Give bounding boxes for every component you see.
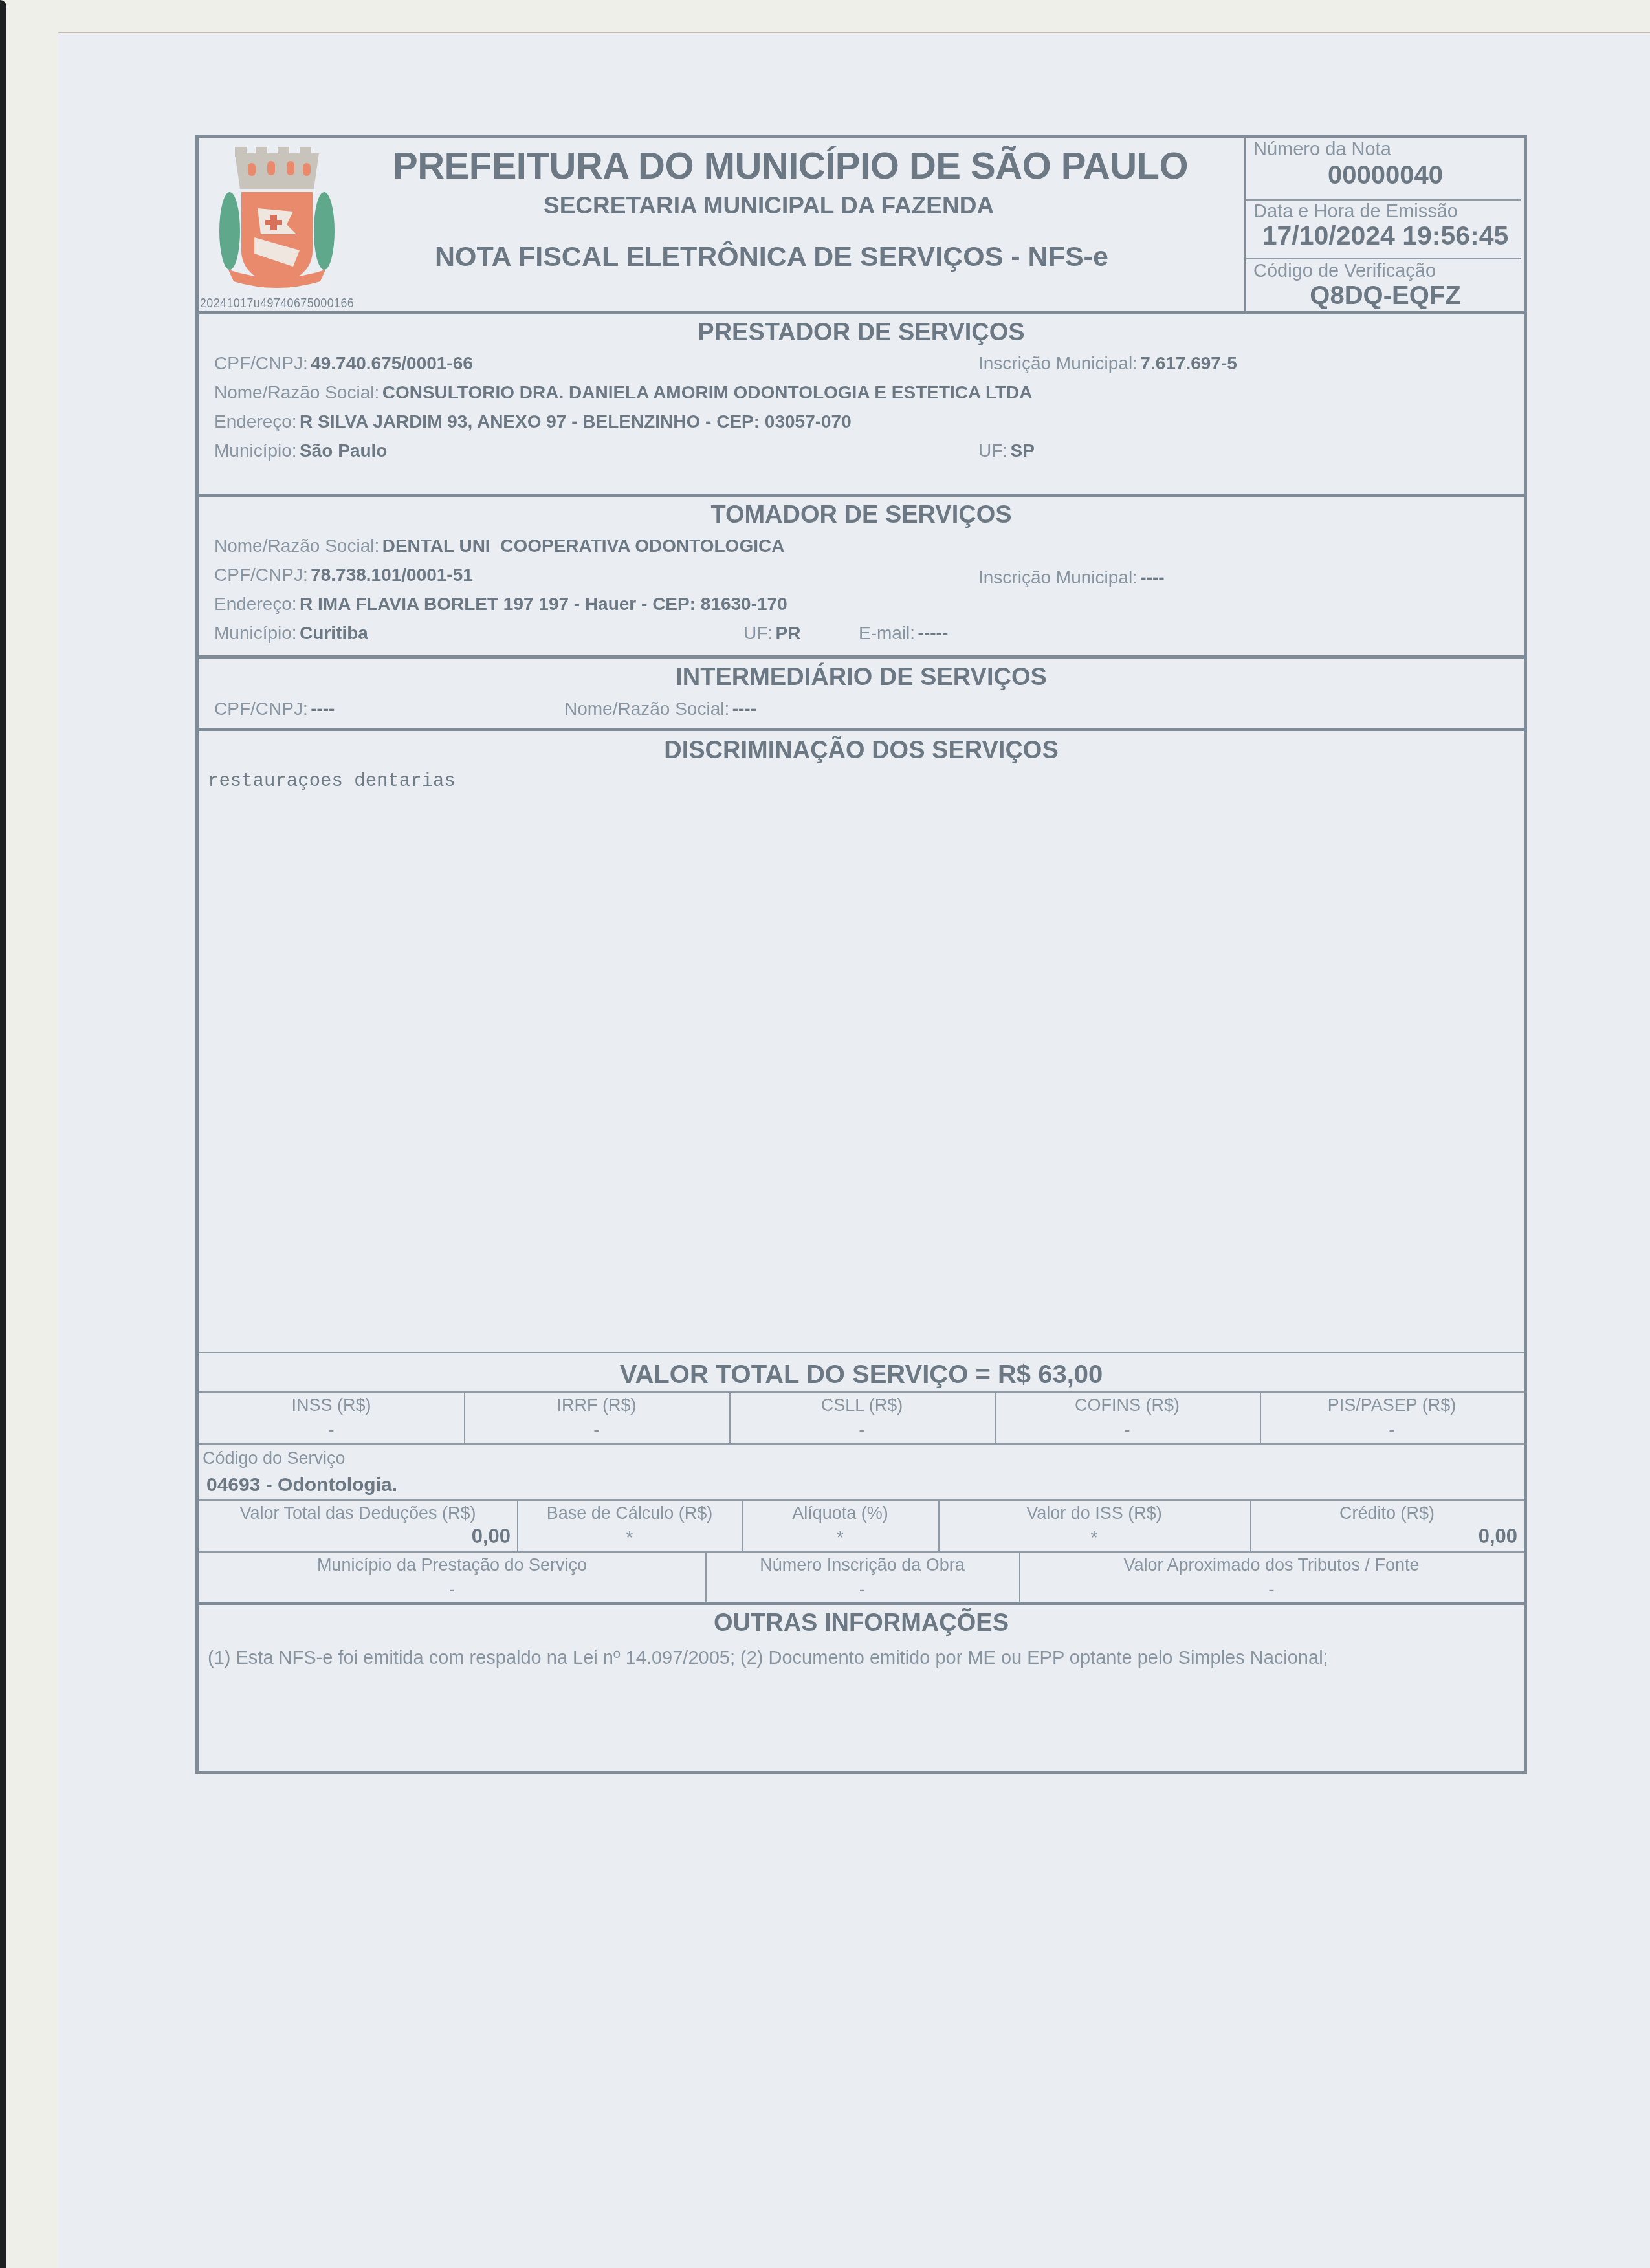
provider-city-row: Município: São Paulo [214, 441, 387, 461]
provider-address-label: Endereço: [214, 411, 297, 431]
intermediary-name: ---- [732, 699, 756, 719]
extras-value: - [705, 1579, 1019, 1600]
tributos-value: - [464, 1419, 729, 1440]
iss-value: * [517, 1527, 742, 1548]
intermediary-cnpj-label: CPF/CNPJ: [214, 699, 308, 719]
issue-datetime: 17/10/2024 19:56:45 [1246, 221, 1524, 251]
section-divider [199, 655, 1524, 659]
section-divider [199, 1443, 1524, 1445]
client-email-label: E-mail: [859, 623, 915, 643]
provider-state-row: UF: SP [978, 441, 1035, 461]
services-description-title: DISCRIMINAÇÃO DOS SERVIÇOS [199, 737, 1524, 765]
document-type-title: NOTA FISCAL ELETRÔNICA DE SERVIÇOS - NFS… [435, 241, 1108, 273]
iss-value: 0,00 [199, 1525, 517, 1548]
tributos-value: - [199, 1419, 464, 1440]
service-location-row: Município da Prestação do Serviço-Número… [199, 1553, 1524, 1602]
client-email-row: E-mail: ----- [859, 623, 948, 644]
tributos-cell: IRRF (R$)- [464, 1393, 729, 1443]
section-divider [199, 311, 1524, 314]
service-code-label: Código do Serviço [203, 1448, 346, 1468]
client-section-title: TOMADOR DE SERVIÇOS [199, 501, 1524, 529]
provider-cnpj: 49.740.675/0001-66 [311, 353, 473, 373]
iss-cell: Valor Total das Deduções (R$)0,00 [199, 1501, 517, 1551]
tributos-value: - [729, 1419, 995, 1440]
issuer-title: PREFEITURA DO MUNICÍPIO DE SÃO PAULO [393, 144, 1188, 188]
tributos-cell: COFINS (R$)- [995, 1393, 1260, 1443]
intermediary-cnpj-row: CPF/CNPJ: ---- [214, 699, 335, 719]
services-description-text: restauraçoes dentarias [208, 770, 456, 792]
client-registration-row: Inscrição Municipal: ---- [978, 567, 1165, 588]
client-city-label: Município: [214, 623, 297, 643]
iss-cell: Alíquota (%)* [742, 1501, 938, 1551]
client-cnpj-row: CPF/CNPJ: 78.738.101/0001-51 [214, 565, 473, 585]
client-cnpj-label: CPF/CNPJ: [214, 565, 308, 585]
iss-row: Valor Total das Deduções (R$)0,00Base de… [199, 1501, 1524, 1551]
tributos-cell: CSLL (R$)- [729, 1393, 995, 1443]
client-name-row: Nome/Razão Social: DENTAL UNI COOPERATIV… [214, 536, 784, 556]
section-divider [199, 1602, 1524, 1605]
client-registration: ---- [1140, 567, 1164, 587]
cell-divider [938, 1501, 940, 1551]
iss-value: * [742, 1527, 938, 1548]
provider-address-row: Endereço: R SILVA JARDIM 93, ANEXO 97 - … [214, 411, 852, 432]
cell-divider [729, 1393, 731, 1443]
intermediary-section-title: INTERMEDIÁRIO DE SERVIÇOS [199, 664, 1524, 692]
iss-label: Crédito (R$) [1250, 1503, 1524, 1523]
tributos-label: CSLL (R$) [729, 1395, 995, 1415]
client-state-row: UF: PR [743, 623, 800, 644]
extras-label: Município da Prestação do Serviço [199, 1555, 705, 1575]
iss-label: Valor do ISS (R$) [938, 1503, 1250, 1523]
cell-divider [705, 1553, 707, 1602]
provider-city: São Paulo [300, 441, 387, 461]
provider-registration-row: Inscrição Municipal: 7.617.697-5 [978, 353, 1237, 374]
provider-name-label: Nome/Razão Social: [214, 382, 379, 402]
iss-label: Base de Cálculo (R$) [517, 1503, 742, 1523]
provider-state-label: UF: [978, 441, 1007, 461]
cell-divider [1260, 1393, 1261, 1443]
tributos-value: - [995, 1419, 1260, 1440]
invoice-number-label: Número da Nota [1253, 139, 1391, 160]
extras-cell: Valor Aproximado dos Tributos / Fonte- [1019, 1553, 1524, 1602]
tributos-value: - [1260, 1419, 1524, 1440]
extras-value: - [199, 1579, 705, 1600]
tributos-label: IRRF (R$) [464, 1395, 729, 1415]
service-code: 04693 - Odontologia. [206, 1474, 397, 1496]
iss-cell: Base de Cálculo (R$)* [517, 1501, 742, 1551]
provider-name-row: Nome/Razão Social: CONSULTORIO DRA. DANI… [214, 382, 1033, 403]
nfse-document: 20241017u49740675000166 PREFEITURA DO MU… [195, 135, 1527, 1774]
divider [1246, 199, 1521, 201]
intermediary-name-row: Nome/Razão Social: ---- [564, 699, 756, 719]
invoice-number: 00000040 [1246, 161, 1524, 190]
other-info-title: OUTRAS INFORMAÇÕES [199, 1609, 1524, 1637]
tributos-label: INSS (R$) [199, 1395, 464, 1415]
other-info-text: (1) Esta NFS-e foi emitida com respaldo … [208, 1645, 1495, 1671]
client-email: ----- [918, 623, 949, 643]
provider-address: R SILVA JARDIM 93, ANEXO 97 - BELENZINHO… [300, 411, 852, 431]
issue-datetime-label: Data e Hora de Emissão [1253, 201, 1458, 223]
scanner-edge [0, 0, 6, 2268]
client-city: Curitiba [300, 623, 368, 643]
federal-taxes-row: INSS (R$)-IRRF (R$)-CSLL (R$)-COFINS (R$… [199, 1393, 1524, 1443]
service-total-value: VALOR TOTAL DO SERVIÇO = R$ 63,00 [199, 1360, 1524, 1390]
client-registration-label: Inscrição Municipal: [978, 567, 1138, 587]
client-state: PR [776, 623, 801, 643]
section-divider [199, 494, 1524, 497]
extras-label: Número Inscrição da Obra [705, 1555, 1019, 1575]
tributos-label: PIS/PASEP (R$) [1260, 1395, 1524, 1415]
iss-cell: Valor do ISS (R$)* [938, 1501, 1250, 1551]
provider-cnpj-row: CPF/CNPJ: 49.740.675/0001-66 [214, 353, 473, 374]
sao-paulo-coat-of-arms-icon [215, 147, 338, 292]
provider-name: CONSULTORIO DRA. DANIELA AMORIM ODONTOLO… [382, 382, 1033, 402]
provider-registration: 7.617.697-5 [1140, 353, 1237, 373]
client-name-label: Nome/Razão Social: [214, 536, 379, 556]
extras-label: Valor Aproximado dos Tributos / Fonte [1019, 1555, 1524, 1575]
extras-value: - [1019, 1579, 1524, 1600]
cell-divider [1250, 1501, 1251, 1551]
iss-cell: Crédito (R$)0,00 [1250, 1501, 1524, 1551]
iss-label: Alíquota (%) [742, 1503, 938, 1523]
cell-divider [1019, 1553, 1020, 1602]
document-barcode-id: 20241017u49740675000166 [200, 296, 354, 311]
section-divider [199, 1352, 1524, 1353]
client-cnpj: 78.738.101/0001-51 [311, 565, 473, 585]
iss-label: Valor Total das Deduções (R$) [199, 1503, 517, 1523]
tributos-cell: INSS (R$)- [199, 1393, 464, 1443]
iss-value: * [938, 1527, 1250, 1548]
client-address-row: Endereço: R IMA FLAVIA BORLET 197 197 - … [214, 594, 787, 615]
client-state-label: UF: [743, 623, 773, 643]
tributos-label: COFINS (R$) [995, 1395, 1260, 1415]
provider-state: SP [1011, 441, 1035, 461]
iss-value: 0,00 [1250, 1525, 1524, 1548]
issuer-subtitle: SECRETARIA MUNICIPAL DA FAZENDA [544, 192, 994, 219]
extras-cell: Município da Prestação do Serviço- [199, 1553, 705, 1602]
cell-divider [995, 1393, 996, 1443]
provider-cnpj-label: CPF/CNPJ: [214, 353, 308, 373]
client-address: R IMA FLAVIA BORLET 197 197 - Hauer - CE… [300, 594, 787, 614]
provider-city-label: Município: [214, 441, 297, 461]
provider-section-title: PRESTADOR DE SERVIÇOS [199, 319, 1524, 347]
divider [1246, 258, 1521, 259]
section-divider [199, 728, 1524, 731]
verification-code-label: Código de Verificação [1253, 261, 1436, 282]
intermediary-cnpj: ---- [311, 699, 335, 719]
intermediary-name-label: Nome/Razão Social: [564, 699, 729, 719]
client-city-row: Município: Curitiba [214, 623, 368, 644]
client-address-label: Endereço: [214, 594, 297, 614]
cell-divider [517, 1501, 518, 1551]
extras-cell: Número Inscrição da Obra- [705, 1553, 1019, 1602]
tributos-cell: PIS/PASEP (R$)- [1260, 1393, 1524, 1443]
client-name: DENTAL UNI COOPERATIVA ODONTOLOGICA [382, 536, 785, 556]
cell-divider [464, 1393, 465, 1443]
verification-code: Q8DQ-EQFZ [1246, 281, 1524, 311]
provider-registration-label: Inscrição Municipal: [978, 353, 1138, 373]
cell-divider [742, 1501, 743, 1551]
